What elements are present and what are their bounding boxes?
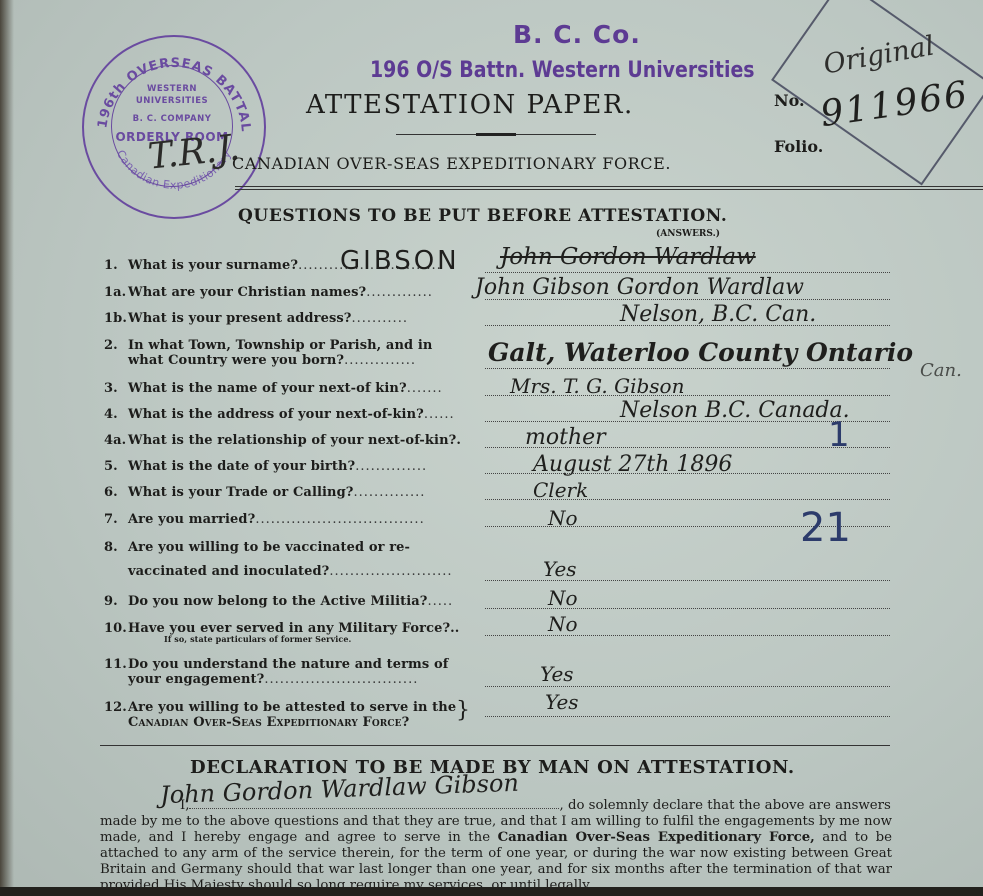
answer-9: No — [548, 586, 578, 610]
document-subtitle: CANADIAN OVER-SEAS EXPEDITIONARY FORCE. — [232, 154, 671, 173]
number-label: No. — [774, 91, 805, 110]
answer-line-10 — [485, 635, 890, 636]
question-4: 4.What is the address of your next-of-ki… — [104, 407, 455, 422]
company-stamp: B. C. Co. — [513, 20, 641, 49]
question-8: 8.Are you willing to be vaccinated or re… — [104, 540, 453, 579]
question-3: 3.What is the name of your next-of kin?.… — [104, 381, 443, 396]
folio-label: Folio. — [774, 137, 823, 156]
answer-3: Mrs. T. G. Gibson — [510, 374, 684, 398]
signature-line — [189, 808, 559, 809]
question-1a: 1a.What are your Christian names?.......… — [104, 285, 433, 300]
answer-1b: Nelson, B.C. Can. — [620, 302, 816, 327]
answer-6: Clerk — [533, 478, 588, 502]
answer-4: Nelson B.C. Canada. — [620, 398, 850, 423]
answer-line-9 — [485, 608, 890, 609]
question-6: 6.What is your Trade or Calling?........… — [104, 485, 425, 500]
answer-1a: John Gibson Gordon Wardlaw — [475, 275, 804, 300]
stamp-line-3: B. C. COMPANY — [112, 114, 232, 124]
surname-answer: GIBSON — [340, 246, 460, 276]
question-11: 11.Do you understand the nature and term… — [104, 657, 448, 687]
question-10: 10.Have you ever served in any Military … — [104, 621, 459, 644]
answer-12: Yes — [545, 690, 579, 714]
document-title: ATTESTATION PAPER. — [306, 90, 634, 120]
answer-4a: mother — [525, 425, 606, 450]
question-2: 2.In what Town, Township or Parish, and … — [104, 338, 432, 368]
question-12: 12.Are you willing to be attested to ser… — [104, 700, 456, 730]
margin-mark-1: 1 — [828, 415, 850, 455]
answer-10: No — [548, 612, 578, 636]
battalion-round-stamp: 196th OVERSEAS BATTALION Canadian Expedi… — [82, 35, 266, 219]
declaration-rule — [100, 745, 890, 746]
title-divider — [396, 134, 596, 135]
answer-11: Yes — [540, 662, 574, 686]
answer-7: No — [548, 506, 578, 530]
answer-2-extra: Can. — [920, 360, 962, 381]
answer-2: Galt, Waterloo County Ontario — [488, 338, 913, 367]
answer-5: August 27th 1896 — [533, 452, 732, 477]
viewer-bottom-edge — [0, 887, 983, 896]
declaration-body: I,, do solemnly declare that the above a… — [100, 798, 892, 887]
stamp-line-1: WESTERN — [112, 84, 232, 94]
question-4a: 4a.What is the relationship of your next… — [104, 433, 461, 448]
answer-1-struck: John Gordon Wardlaw — [500, 244, 756, 270]
answer-line-11 — [485, 686, 890, 687]
answer-line-12 — [485, 716, 890, 717]
stamp-line-2: UNIVERSITIES — [112, 96, 232, 106]
brace: } — [456, 700, 470, 722]
answer-8: Yes — [543, 557, 577, 581]
battalion-stamp: 196 O/S Battn. Western Universities — [370, 58, 755, 83]
question-7: 7.Are you married?......................… — [104, 512, 425, 527]
questions-heading: QUESTIONS TO BE PUT BEFORE ATTESTATION. — [238, 206, 727, 226]
margin-mark-2: 21 — [800, 505, 851, 551]
answer-line-1 — [485, 272, 890, 273]
header-rule — [235, 186, 983, 190]
question-1b: 1b.What is your present address?........… — [104, 311, 408, 326]
attestation-paper: 196th OVERSEAS BATTALION Canadian Expedi… — [0, 0, 983, 887]
question-5: 5.What is the date of your birth?.......… — [104, 459, 427, 474]
question-9: 9.Do you now belong to the Active Militi… — [104, 594, 453, 609]
answer-line-2 — [485, 368, 890, 369]
answers-label: (ANSWERS.) — [656, 229, 720, 239]
